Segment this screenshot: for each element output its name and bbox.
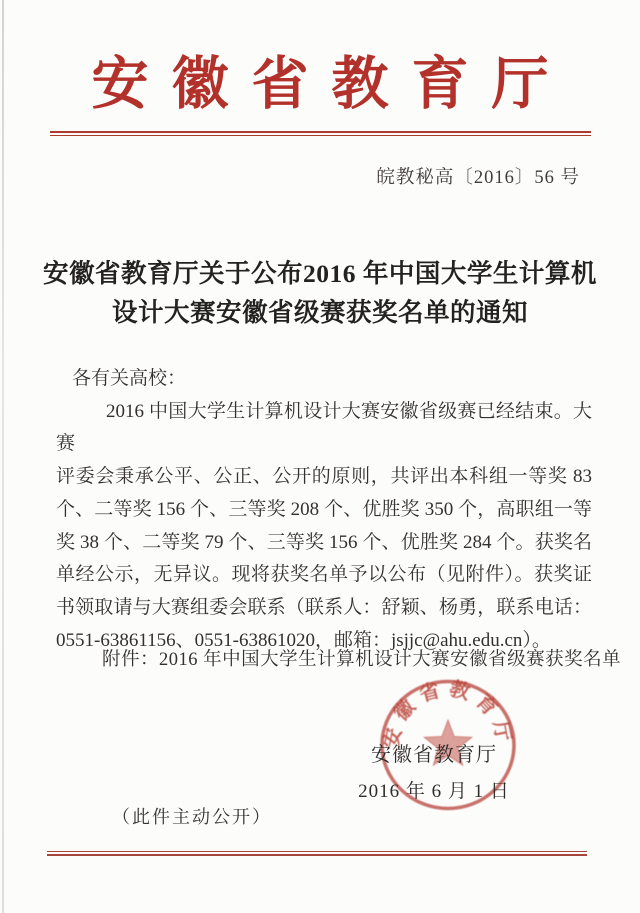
notice-title-line2: 设计大赛安徽省级赛获奖名单的通知	[112, 298, 528, 327]
notice-title: 安徽省教育厅关于公布2016 年中国大学生计算机 设计大赛安徽省级赛获奖名单的通…	[20, 254, 620, 332]
header-rule-thick	[50, 131, 591, 133]
disclosure-note: （此件主动公开）	[112, 803, 272, 829]
notice-body: 各有关高校： 2016 中国大学生计算机设计大赛安徽省级赛已经结束。大赛 评委会…	[56, 363, 592, 657]
attachment-line: 附件：2016 年中国大学生计算机设计大赛安徽省级赛获奖名单	[102, 645, 621, 671]
body-line: 个、二等奖 156 个、三等奖 208 个、优胜奖 350 个，高职组一等	[56, 494, 592, 527]
header-divider-rule	[50, 131, 591, 136]
scanned-official-document: 安徽省教育厅 皖教秘高〔2016〕56 号 安徽省教育厅关于公布2016 年中国…	[0, 0, 640, 913]
body-line: 2016 中国大学生计算机设计大赛安徽省级赛已经结束。大赛	[56, 396, 592, 461]
signer-org: 安徽省教育厅	[344, 738, 524, 767]
footer-rule-thick	[47, 854, 587, 856]
footer-divider-rule	[47, 851, 587, 856]
body-line: 单经公示，无异议。现将获奖名单予以公布（见附件）。获奖证	[56, 559, 592, 592]
notice-title-line1: 安徽省教育厅关于公布2016 年中国大学生计算机	[43, 259, 597, 288]
body-line: 书领取请与大赛组委会联系（联系人：舒颖、杨勇，联系电话：	[56, 592, 592, 625]
document-number: 皖教秘高〔2016〕56 号	[376, 163, 580, 189]
signature-date: 2016 年 6 月 1 日	[344, 776, 524, 803]
footer-rule-thin	[47, 851, 587, 852]
issuing-org-title: 安徽省教育厅	[0, 50, 640, 120]
body-line: 奖 38 个、二等奖 79 个、三等奖 156 个、优胜奖 284 个。获奖名	[56, 527, 592, 560]
salutation: 各有关高校：	[56, 363, 592, 396]
body-line: 评委会秉承公平、公正、公开的原则，共评出本科组一等奖 83	[56, 461, 592, 494]
header-rule-thin	[50, 135, 591, 136]
scan-edge-line	[2, 0, 4, 913]
signature-block: 安徽省教育厅 2016 年 6 月 1 日	[344, 738, 524, 803]
